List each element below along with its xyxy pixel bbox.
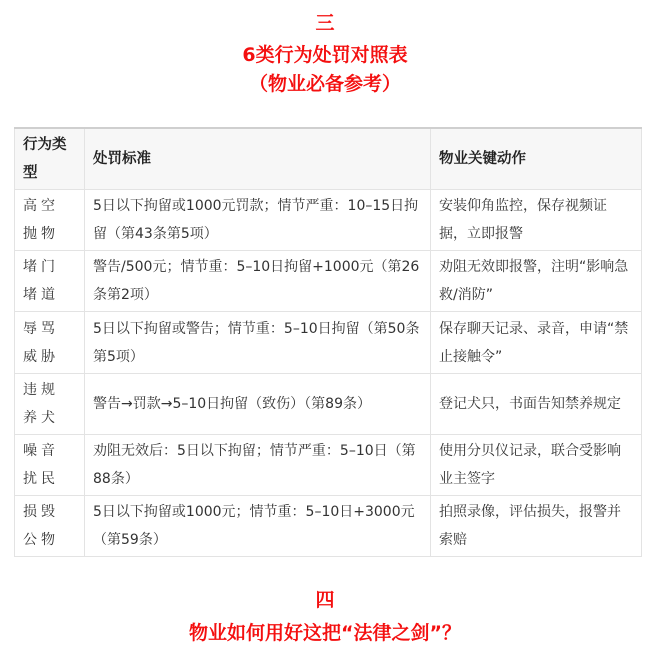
table-header-row: 行为类型 处罚标准 物业关键动作	[15, 128, 642, 190]
section-3-title: 6类行为处罚对照表	[0, 41, 650, 69]
cell-behavior-type: 堵门堵道	[15, 251, 85, 312]
cell-penalty: 5日以下拘留或警告；情节重：5–10日拘留（第50条第5项）	[85, 312, 431, 374]
cell-action: 安装仰角监控，保存视频证据，立即报警	[431, 190, 642, 251]
section-4-number: 四	[0, 586, 650, 614]
cell-action: 劝阻无效即报警，注明“影响急救/消防”	[431, 251, 642, 312]
cell-penalty: 警告/500元；情节重：5–10日拘留+1000元（第26条第2项）	[85, 251, 431, 312]
section-3-subtitle: （物业必备参考）	[0, 70, 650, 98]
cell-penalty: 5日以下拘留或1000元罚款；情节严重：10–15日拘留（第43条第5项）	[85, 190, 431, 251]
header-behavior-type: 行为类型	[15, 128, 85, 190]
cell-action: 登记犬只，书面告知禁养规定	[431, 374, 642, 435]
table-row: 损毁公物 5日以下拘留或1000元；情节重：5–10日+3000元（第59条） …	[15, 496, 642, 557]
section-4-title: 物业如何用好这把“法律之剑”？	[0, 619, 650, 647]
cell-behavior-type: 高空抛物	[15, 190, 85, 251]
header-key-action: 物业关键动作	[431, 128, 642, 190]
cell-behavior-type: 噪音扰民	[15, 435, 85, 496]
table-row: 堵门堵道 警告/500元；情节重：5–10日拘留+1000元（第26条第2项） …	[15, 251, 642, 312]
cell-behavior-type: 损毁公物	[15, 496, 85, 557]
cell-penalty: 警告→罚款→5–10日拘留（致伤）（第89条）	[85, 374, 431, 435]
table-row: 辱骂威胁 5日以下拘留或警告；情节重：5–10日拘留（第50条第5项） 保存聊天…	[15, 312, 642, 374]
cell-action: 使用分贝仪记录，联合受影响业主签字	[431, 435, 642, 496]
cell-penalty: 5日以下拘留或1000元；情节重：5–10日+3000元（第59条）	[85, 496, 431, 557]
section-3-number: 三	[0, 9, 650, 37]
table-row: 高空抛物 5日以下拘留或1000元罚款；情节严重：10–15日拘留（第43条第5…	[15, 190, 642, 251]
cell-penalty: 劝阻无效后：5日以下拘留；情节严重：5–10日（第88条）	[85, 435, 431, 496]
penalty-table: 行为类型 处罚标准 物业关键动作 高空抛物 5日以下拘留或1000元罚款；情节严…	[14, 127, 642, 557]
header-penalty-standard: 处罚标准	[85, 128, 431, 190]
cell-behavior-type: 违规养犬	[15, 374, 85, 435]
table-row: 违规养犬 警告→罚款→5–10日拘留（致伤）（第89条） 登记犬只，书面告知禁养…	[15, 374, 642, 435]
cell-behavior-type: 辱骂威胁	[15, 312, 85, 374]
cell-action: 保存聊天记录、录音，申请“禁止接触令”	[431, 312, 642, 374]
cell-action: 拍照录像，评估损失，报警并索赔	[431, 496, 642, 557]
table-row: 噪音扰民 劝阻无效后：5日以下拘留；情节严重：5–10日（第88条） 使用分贝仪…	[15, 435, 642, 496]
